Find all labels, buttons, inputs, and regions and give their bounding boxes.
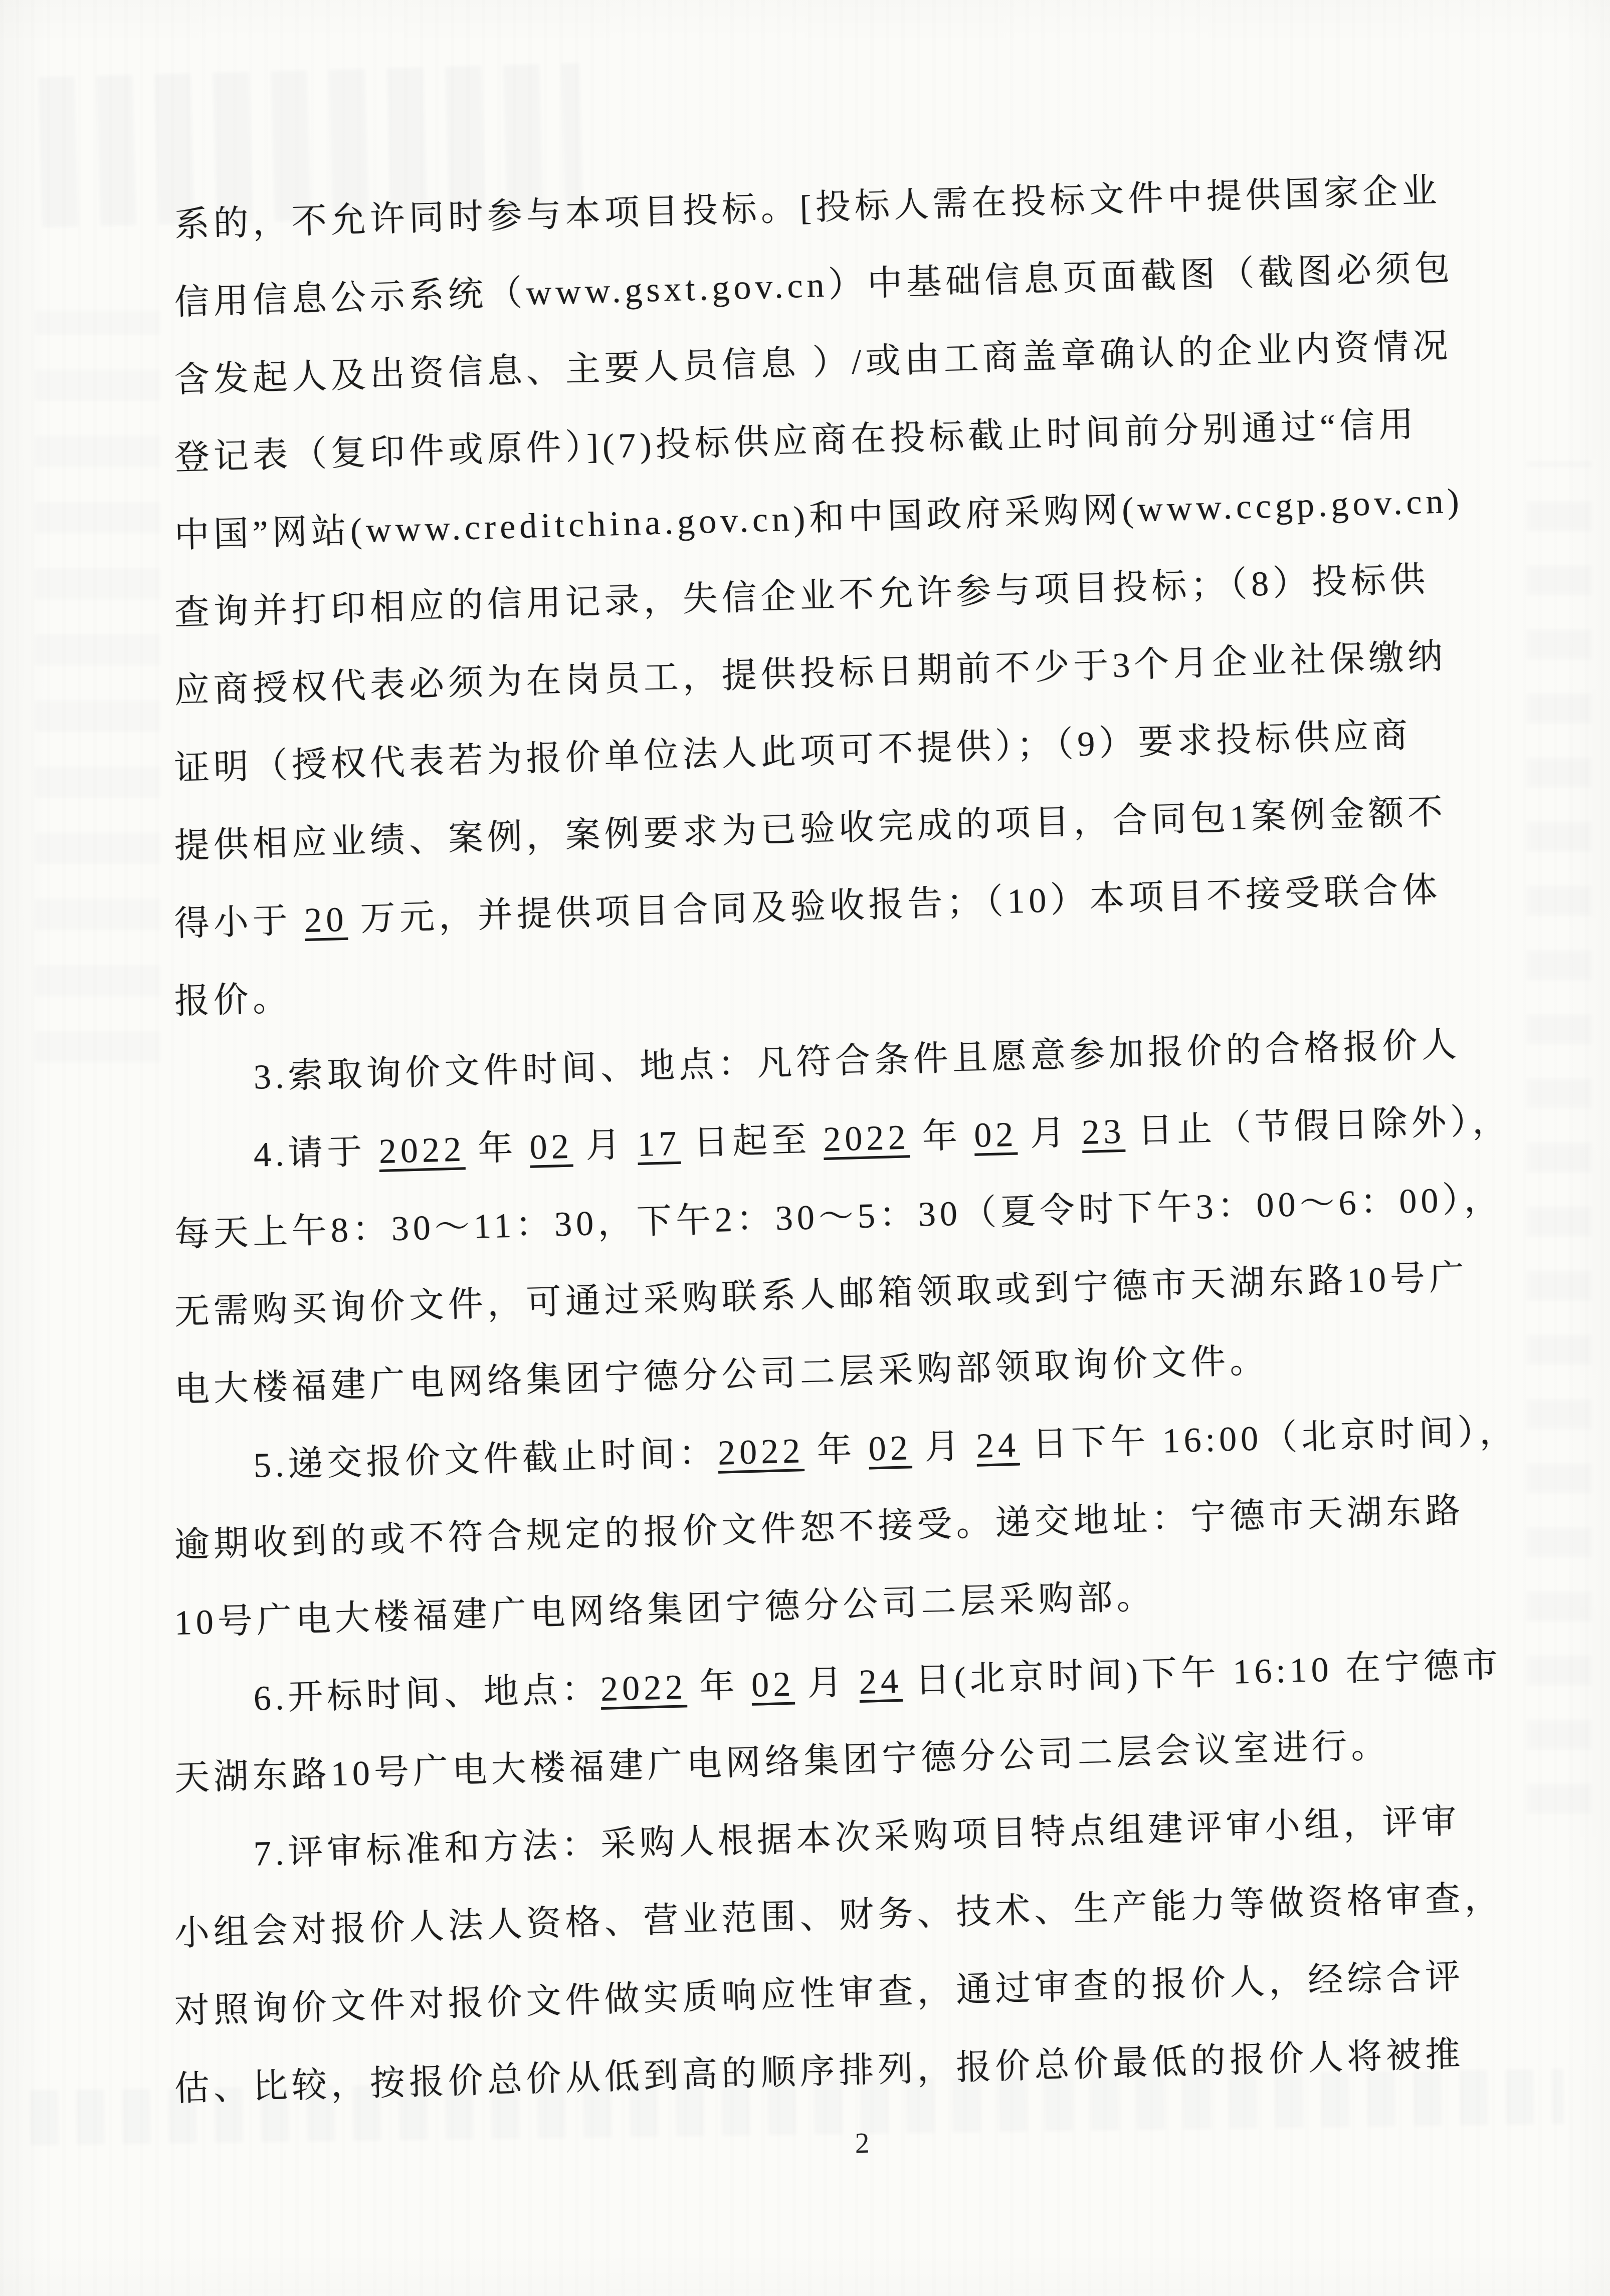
underlined-text: 02 bbox=[973, 1115, 1018, 1155]
text-segment: 年 bbox=[465, 1128, 530, 1169]
underlined-text: 02 bbox=[868, 1429, 912, 1468]
text-segment: 中国”网站(www.creditchina.gov.cn)和中国政府采购网(ww… bbox=[174, 482, 1464, 555]
text-segment: 应商授权代表必须为在岗员工，提供投标日期前不少于3个月企业社保缴纳 bbox=[174, 637, 1447, 711]
text-segment: 日下午 16:00（北京时间）， bbox=[1019, 1412, 1519, 1464]
text-segment: 日起至 bbox=[680, 1120, 824, 1163]
underlined-text: 2022 bbox=[600, 1668, 687, 1709]
underlined-text: 2022 bbox=[717, 1432, 804, 1473]
text-segment: 日(北京时间)下午 16:10 在宁德市 bbox=[902, 1646, 1502, 1700]
text-segment: 提供相应业绩、案例，案例要求为已验收完成的项目，合同包1案例金额不 bbox=[174, 793, 1447, 866]
bleed-through-artifact bbox=[35, 311, 160, 1062]
underlined-text: 17 bbox=[637, 1124, 681, 1164]
text-segment: 6.开标时间、地点： bbox=[253, 1670, 601, 1718]
text-segment: 5.递交报价文件截止时间： bbox=[253, 1434, 718, 1485]
text-segment: 年 bbox=[909, 1116, 974, 1157]
text-segment: 日止（节假日除外）， bbox=[1124, 1102, 1511, 1151]
text-segment: 证明（授权代表若为报价单位法人此项可不提供）；（9）要求投标供应商 bbox=[174, 716, 1412, 788]
underlined-text: 20 bbox=[304, 900, 348, 940]
text-segment: 年 bbox=[686, 1666, 752, 1706]
text-segment: 年 bbox=[803, 1430, 869, 1470]
text-segment: 7.评审标准和方法：采购人根据本次采购项目特点组建评审小组，评审 bbox=[253, 1802, 1461, 1874]
text-segment: 4.请于 bbox=[253, 1132, 379, 1175]
underlined-text: 02 bbox=[751, 1665, 795, 1705]
text-segment: 无需购买询价文件，可通过采购联系人邮箱领取或到宁德市天湖东路10号广 bbox=[174, 1258, 1469, 1332]
text-segment: 系的，不允许同时参与本项目投标。[投标人需在投标文件中提供国家企业 bbox=[174, 172, 1441, 245]
text-segment: 逾期收到的或不符合规定的报价文件恕不接受。递交地址：宁德市天湖东路 bbox=[174, 1491, 1465, 1565]
text-segment: 3.索取询价文件时间、地点：凡符合条件且愿意参加报价的合格报价人 bbox=[253, 1026, 1461, 1097]
text-segment: 电大楼福建广电网络集团宁德分公司二层采购部领取询价文件。 bbox=[174, 1341, 1269, 1410]
underlined-text: 02 bbox=[529, 1127, 573, 1167]
text-segment: 万元，并提供项目合同及验收报告；（10）本项目不接受联合体 bbox=[347, 871, 1442, 939]
text-segment: 报价。 bbox=[174, 980, 292, 1021]
page-number: 2 bbox=[832, 2126, 892, 2160]
underlined-text: 24 bbox=[976, 1426, 1020, 1465]
text-segment: 得小于 bbox=[174, 901, 305, 944]
text-segment: 月 bbox=[1017, 1113, 1082, 1154]
underlined-text: 24 bbox=[859, 1662, 903, 1702]
document-body: 系的，不允许同时参与本项目投标。[投标人需在投标文件中提供国家企业信用信息公示系… bbox=[174, 186, 1498, 2128]
scanned-document-page: 系的，不允许同时参与本项目投标。[投标人需在投标文件中提供国家企业信用信息公示系… bbox=[0, 0, 1610, 2296]
text-segment: 含发起人及出资信息、主要人员信息 ）/或由工商盖章确认的企业内资情况 bbox=[174, 327, 1452, 400]
bleed-through-artifact bbox=[1527, 461, 1592, 1814]
text-segment: 估、比较，按报价总价从低到高的顺序排列，报价总价最低的报价人将被推 bbox=[174, 2035, 1465, 2109]
text-segment: 月 bbox=[794, 1663, 860, 1703]
text-segment: 信用信息公示系统（www.gsxt.gov.cn）中基础信息页面截图（截图必须包 bbox=[174, 249, 1454, 322]
text-segment: 10号广电大楼福建广电网络集团宁德分公司二层采购部。 bbox=[174, 1577, 1156, 1643]
underlined-text: 23 bbox=[1081, 1112, 1125, 1152]
text-segment: 登记表（复印件或原件）](7)投标供应商在投标截止时间前分别通过“信用 bbox=[174, 405, 1418, 478]
text-segment: 月 bbox=[911, 1427, 977, 1467]
text-segment: 对照询价文件对报价文件做实质响应性审查，通过审查的报价人，经综合评 bbox=[174, 1957, 1465, 2031]
underlined-text: 2022 bbox=[378, 1130, 466, 1171]
text-segment: 查询并打印相应的信用记录，失信企业不允许参与项目投标；（8）投标供 bbox=[174, 560, 1430, 633]
text-segment: 天湖东路10号广电大楼福建广电网络集团宁德分公司二层会议室进行。 bbox=[174, 1726, 1390, 1798]
text-segment: 月 bbox=[572, 1125, 638, 1166]
underlined-text: 2022 bbox=[823, 1118, 910, 1159]
